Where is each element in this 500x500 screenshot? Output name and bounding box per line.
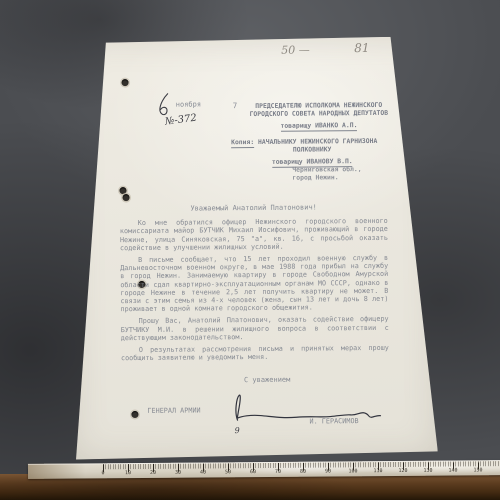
ruler-number: 10 <box>125 470 131 476</box>
paragraph-4: О результатах рассмотрения письма и прин… <box>121 343 389 362</box>
copy-line5: город Нежин. <box>292 173 393 182</box>
ruler-number: 140 <box>448 468 457 474</box>
signer-rank: ГЕНЕРАЛ АРМИИ <box>147 406 200 414</box>
punch-hole <box>131 411 138 418</box>
signature-stray-mark: 9 <box>235 426 240 435</box>
ink-signature <box>223 389 383 426</box>
recipient-block: ПРЕДСЕДАТЕЛЮ ИСПОЛКОМА НЕЖИНСКОГО ГОРОДС… <box>247 101 391 130</box>
ruler-number: 20 <box>150 470 156 476</box>
ruler-number: 150 <box>473 467 482 473</box>
ruler-number: 0 <box>101 470 104 476</box>
ruler-number: 70 <box>275 469 281 475</box>
punch-hole <box>119 187 126 194</box>
document-sheet: 50 — 81 ноября 7 №-372 ПРЕДСЕДАТЕЛЮ ИСПО… <box>70 36 438 459</box>
recipient-line2: ГОРОДСКОГО СОВЕТА НАРОДНЫХ ДЕПУТАТОВ <box>247 109 391 118</box>
punch-hole <box>123 194 130 201</box>
ruler-number: 40 <box>200 469 206 475</box>
pencil-tally-mark: 50 — <box>281 44 310 57</box>
ruler-number: 110 <box>373 468 382 474</box>
ruler-number: 100 <box>348 468 357 474</box>
stray-typed-mark: 7 <box>233 101 238 110</box>
copy-block: Копия: НАЧАЛЬНИКУ НЕЖИНСКОГО ГАРНИЗОНА П… <box>231 137 393 182</box>
ruler-number: 30 <box>175 470 181 476</box>
paragraph-2: В письме сообщает, что 15 лет проходил в… <box>120 254 388 314</box>
ruler-number: 50 <box>225 469 231 475</box>
typed-month: ноября <box>176 100 201 108</box>
punch-hole <box>122 79 129 86</box>
ruler-number: 120 <box>398 468 407 474</box>
salutation: Уважаемый Анатолий Платонович! <box>120 203 388 213</box>
letter-body: Ко мне обратился офицер Нежинского город… <box>120 217 389 366</box>
ruler-number: 80 <box>300 469 306 475</box>
desk-photo: 0102030405060708090100110120130140150 50… <box>0 0 500 500</box>
paragraph-3: Прошу Вас, Анатолий Платонович, оказать … <box>121 315 389 342</box>
recipient-line3: товарищу ИВАНКО А.П. <box>247 121 391 130</box>
ruler-number: 60 <box>250 469 256 475</box>
paragraph-1: Ко мне обратился офицер Нежинского город… <box>120 217 388 253</box>
ruler-number: 130 <box>423 468 432 474</box>
signer-name: И. ГЕРАСИМОВ <box>309 417 358 425</box>
page-number: 81 <box>354 41 369 55</box>
ruler-number: 90 <box>325 468 331 474</box>
closing: С уважением <box>133 375 401 385</box>
handwritten-day-digit <box>157 93 172 117</box>
